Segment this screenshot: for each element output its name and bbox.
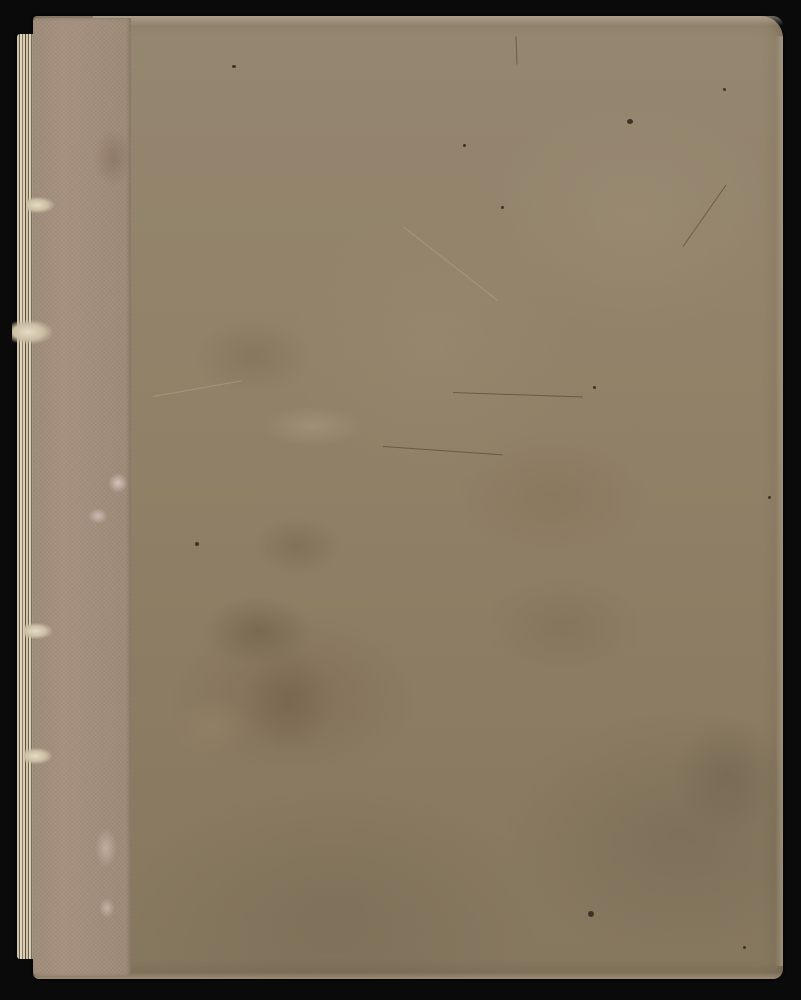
scratch	[383, 446, 503, 455]
speck	[232, 65, 236, 68]
sewing-thread	[24, 748, 52, 764]
speck	[723, 88, 726, 91]
stain	[193, 316, 313, 396]
scratch	[453, 392, 583, 398]
worn-top-edge	[93, 16, 783, 26]
speck	[743, 946, 746, 949]
scratch	[683, 185, 727, 247]
spine-stain	[99, 898, 115, 918]
stain	[673, 716, 783, 836]
sewing-thread	[12, 320, 52, 344]
worn-right-edge	[775, 36, 783, 966]
stain	[243, 646, 333, 756]
speck	[195, 542, 199, 546]
scratch	[403, 226, 498, 301]
speck	[593, 386, 596, 389]
spine-stain	[93, 128, 133, 188]
scratch	[516, 36, 518, 64]
spine-stain	[108, 473, 128, 493]
speck	[627, 119, 633, 124]
cloth-spine-strip	[33, 18, 131, 976]
stain	[483, 576, 643, 676]
spine-stain	[95, 828, 117, 868]
book-cover-board	[33, 16, 783, 979]
speck	[588, 911, 594, 917]
speck	[768, 496, 771, 499]
spine-stain	[88, 508, 108, 524]
stain	[173, 696, 253, 756]
sewing-thread	[24, 623, 52, 639]
stain	[263, 406, 363, 446]
sewing-thread	[26, 197, 54, 213]
speck	[463, 144, 466, 147]
photo-scene	[0, 0, 801, 1000]
worn-bottom-edge	[33, 965, 783, 979]
stain	[253, 516, 343, 576]
speck	[501, 206, 504, 209]
